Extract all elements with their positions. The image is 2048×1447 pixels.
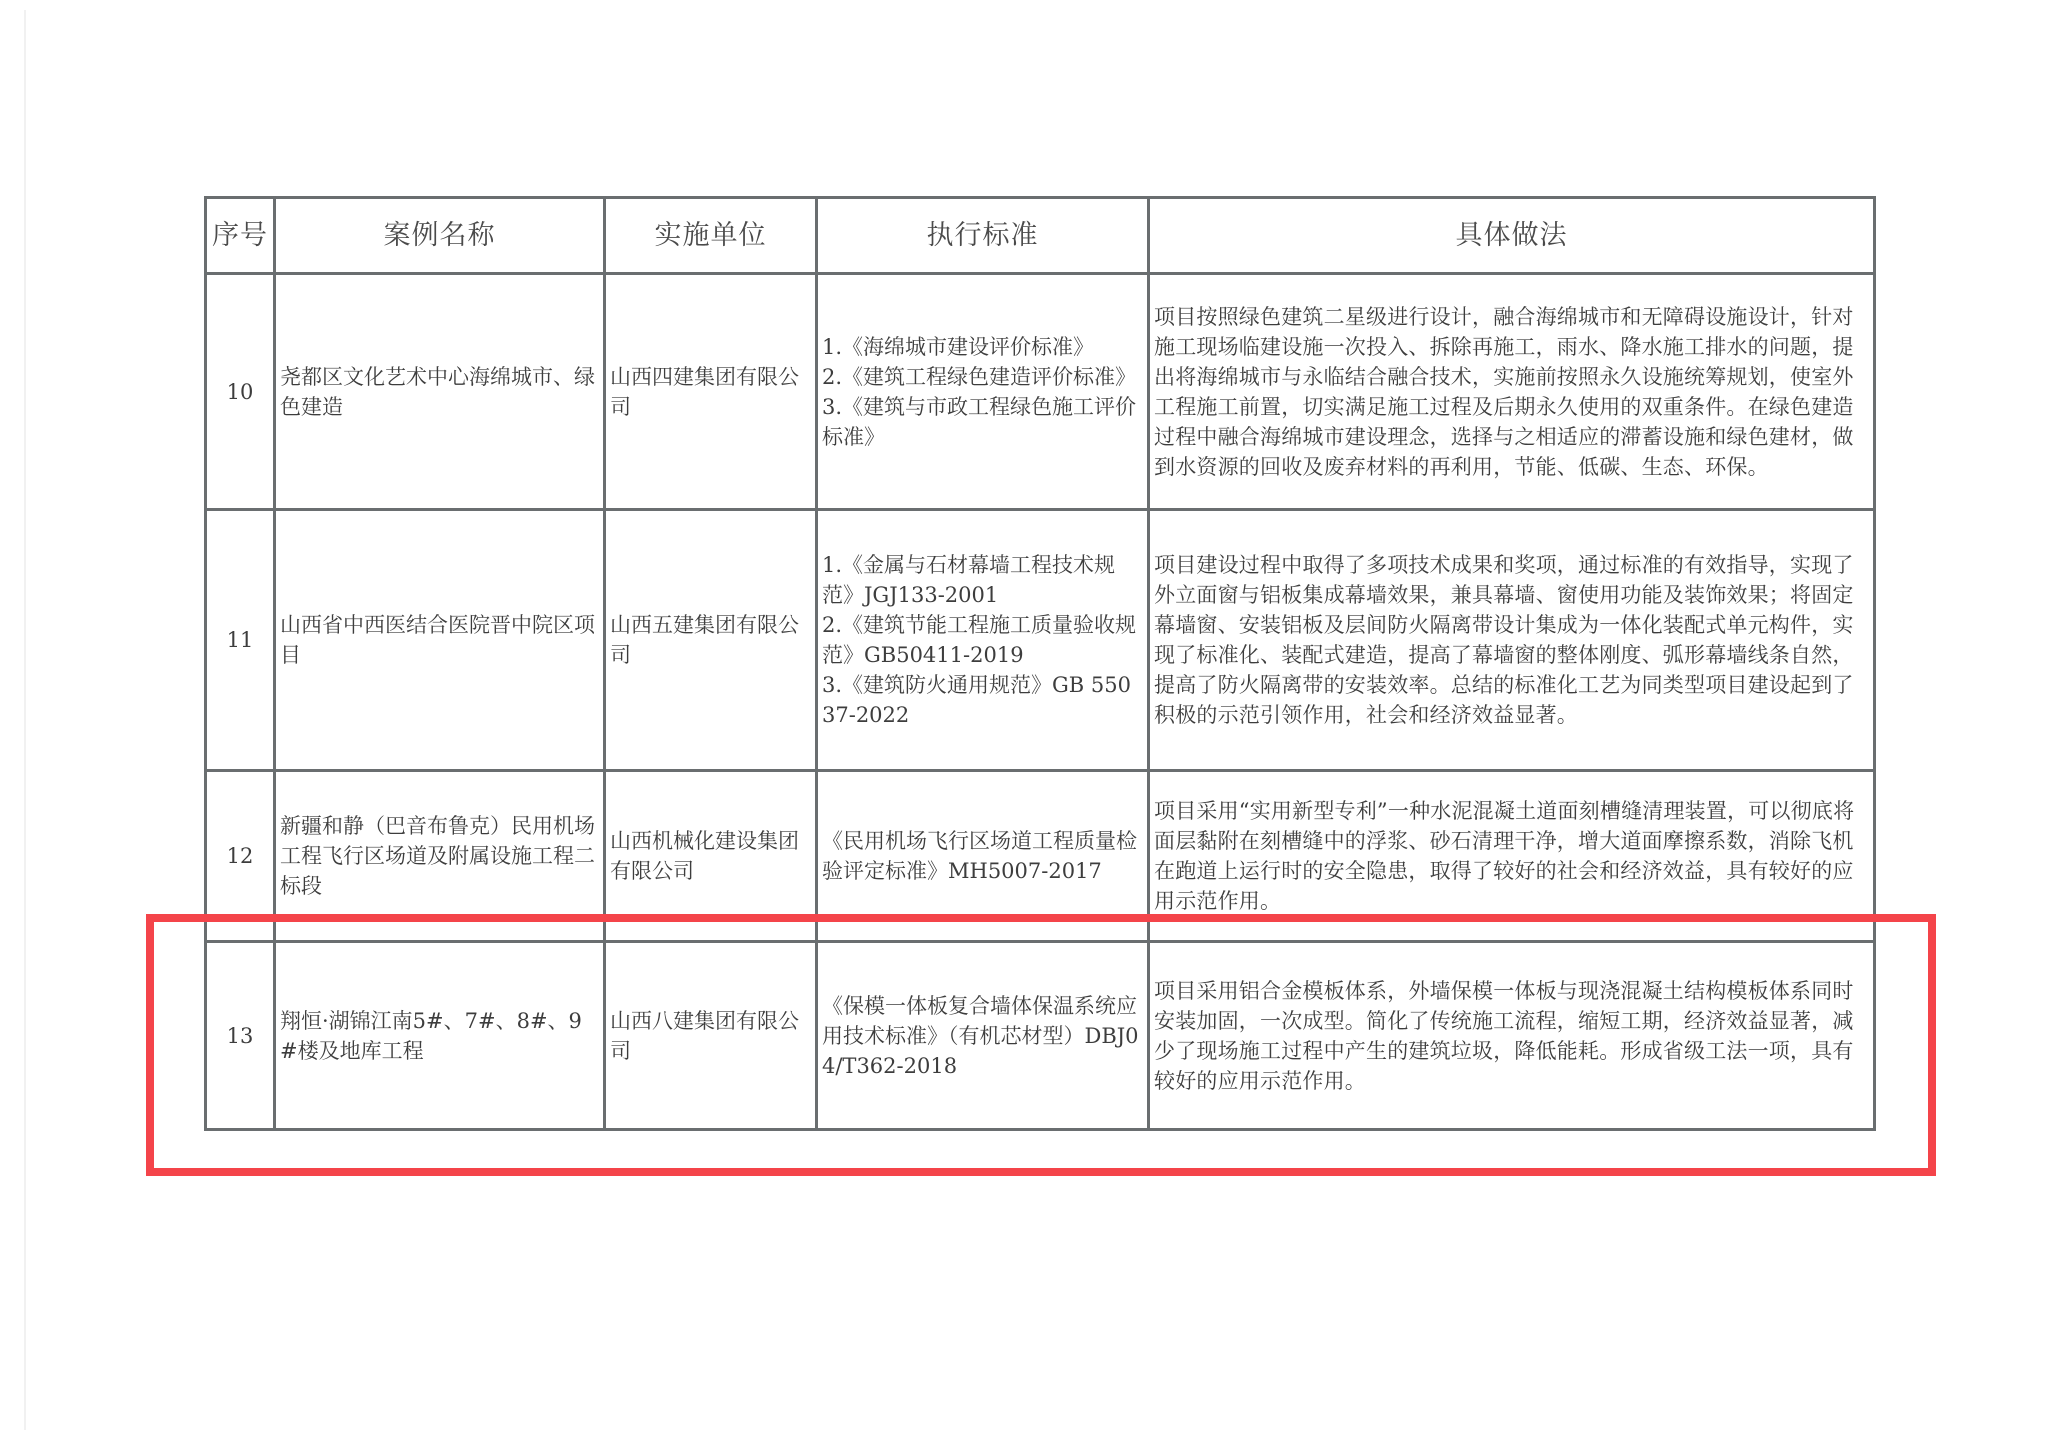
standard-item: 1.《金属与石材幕墙工程技术规范》JGJ133-2001 (822, 550, 1143, 610)
method-cell: 项目建设过程中取得了多项技术成果和奖项，通过标准的有效指导，实现了外立面窗与铝板… (1149, 510, 1875, 771)
row-number: 13 (206, 942, 275, 1130)
standard-item: 《民用机场飞行区场道工程质量检验评定标准》MH5007-2017 (822, 826, 1143, 886)
header-row: 序号 案例名称 实施单位 执行标准 具体做法 (206, 198, 1875, 274)
unit-cell: 山西八建集团有限公司 (605, 942, 817, 1130)
row-number: 12 (206, 771, 275, 942)
method-cell: 项目按照绿色建筑二星级进行设计，融合海绵城市和无障碍设施设计，针对施工现场临建设… (1149, 274, 1875, 510)
case-name-cell: 翔恒·湖锦江南5#、7#、8#、9#楼及地库工程 (275, 942, 605, 1130)
method-cell: 项目采用“实用新型专利”一种水泥混凝土道面刻槽缝清理装置，可以彻底将面层黏附在刻… (1149, 771, 1875, 942)
standard-item: 3.《建筑与市政工程绿色施工评价标准》 (822, 392, 1143, 452)
case-name-cell: 山西省中西医结合医院晋中院区项目 (275, 510, 605, 771)
table-row: 12 新疆和静（巴音布鲁克）民用机场工程飞行区场道及附属设施工程二标段 山西机械… (206, 771, 1875, 942)
standard-item: 2.《建筑节能工程施工质量验收规范》GB50411-2019 (822, 610, 1143, 670)
scan-edge-artifact (24, 10, 26, 1430)
header-no: 序号 (206, 198, 275, 274)
standard-item: 3.《建筑防火通用规范》GB 55037-2022 (822, 670, 1143, 730)
header-method: 具体做法 (1149, 198, 1875, 274)
case-name-cell: 尧都区文化艺术中心海绵城市、绿色建造 (275, 274, 605, 510)
standard-item: 1.《海绵城市建设评价标准》 (822, 332, 1143, 362)
header-standard: 执行标准 (817, 198, 1149, 274)
standard-cell: 《保模一体板复合墙体保温系统应用技术标准》（有机芯材型）DBJ04/T362-2… (817, 942, 1149, 1130)
case-table: 序号 案例名称 实施单位 执行标准 具体做法 10 尧都区文化艺术中心海绵城市、… (204, 196, 1876, 1131)
case-name-cell: 新疆和静（巴音布鲁克）民用机场工程飞行区场道及附属设施工程二标段 (275, 771, 605, 942)
standard-cell: 1.《金属与石材幕墙工程技术规范》JGJ133-2001 2.《建筑节能工程施工… (817, 510, 1149, 771)
table-row: 10 尧都区文化艺术中心海绵城市、绿色建造 山西四建集团有限公司 1.《海绵城市… (206, 274, 1875, 510)
row-number: 10 (206, 274, 275, 510)
row-number: 11 (206, 510, 275, 771)
table-row-highlighted: 13 翔恒·湖锦江南5#、7#、8#、9#楼及地库工程 山西八建集团有限公司 《… (206, 942, 1875, 1130)
method-cell: 项目采用铝合金模板体系，外墙保模一体板与现浇混凝土结构模板体系同时安装加固，一次… (1149, 942, 1875, 1130)
table-row: 11 山西省中西医结合医院晋中院区项目 山西五建集团有限公司 1.《金属与石材幕… (206, 510, 1875, 771)
header-case-name: 案例名称 (275, 198, 605, 274)
header-unit: 实施单位 (605, 198, 817, 274)
unit-cell: 山西五建集团有限公司 (605, 510, 817, 771)
unit-cell: 山西机械化建设集团有限公司 (605, 771, 817, 942)
standard-cell: 《民用机场飞行区场道工程质量检验评定标准》MH5007-2017 (817, 771, 1149, 942)
standard-cell: 1.《海绵城市建设评价标准》 2.《建筑工程绿色建造评价标准》 3.《建筑与市政… (817, 274, 1149, 510)
unit-cell: 山西四建集团有限公司 (605, 274, 817, 510)
standard-item: 2.《建筑工程绿色建造评价标准》 (822, 362, 1143, 392)
standard-item: 《保模一体板复合墙体保温系统应用技术标准》（有机芯材型）DBJ04/T362-2… (822, 991, 1143, 1081)
